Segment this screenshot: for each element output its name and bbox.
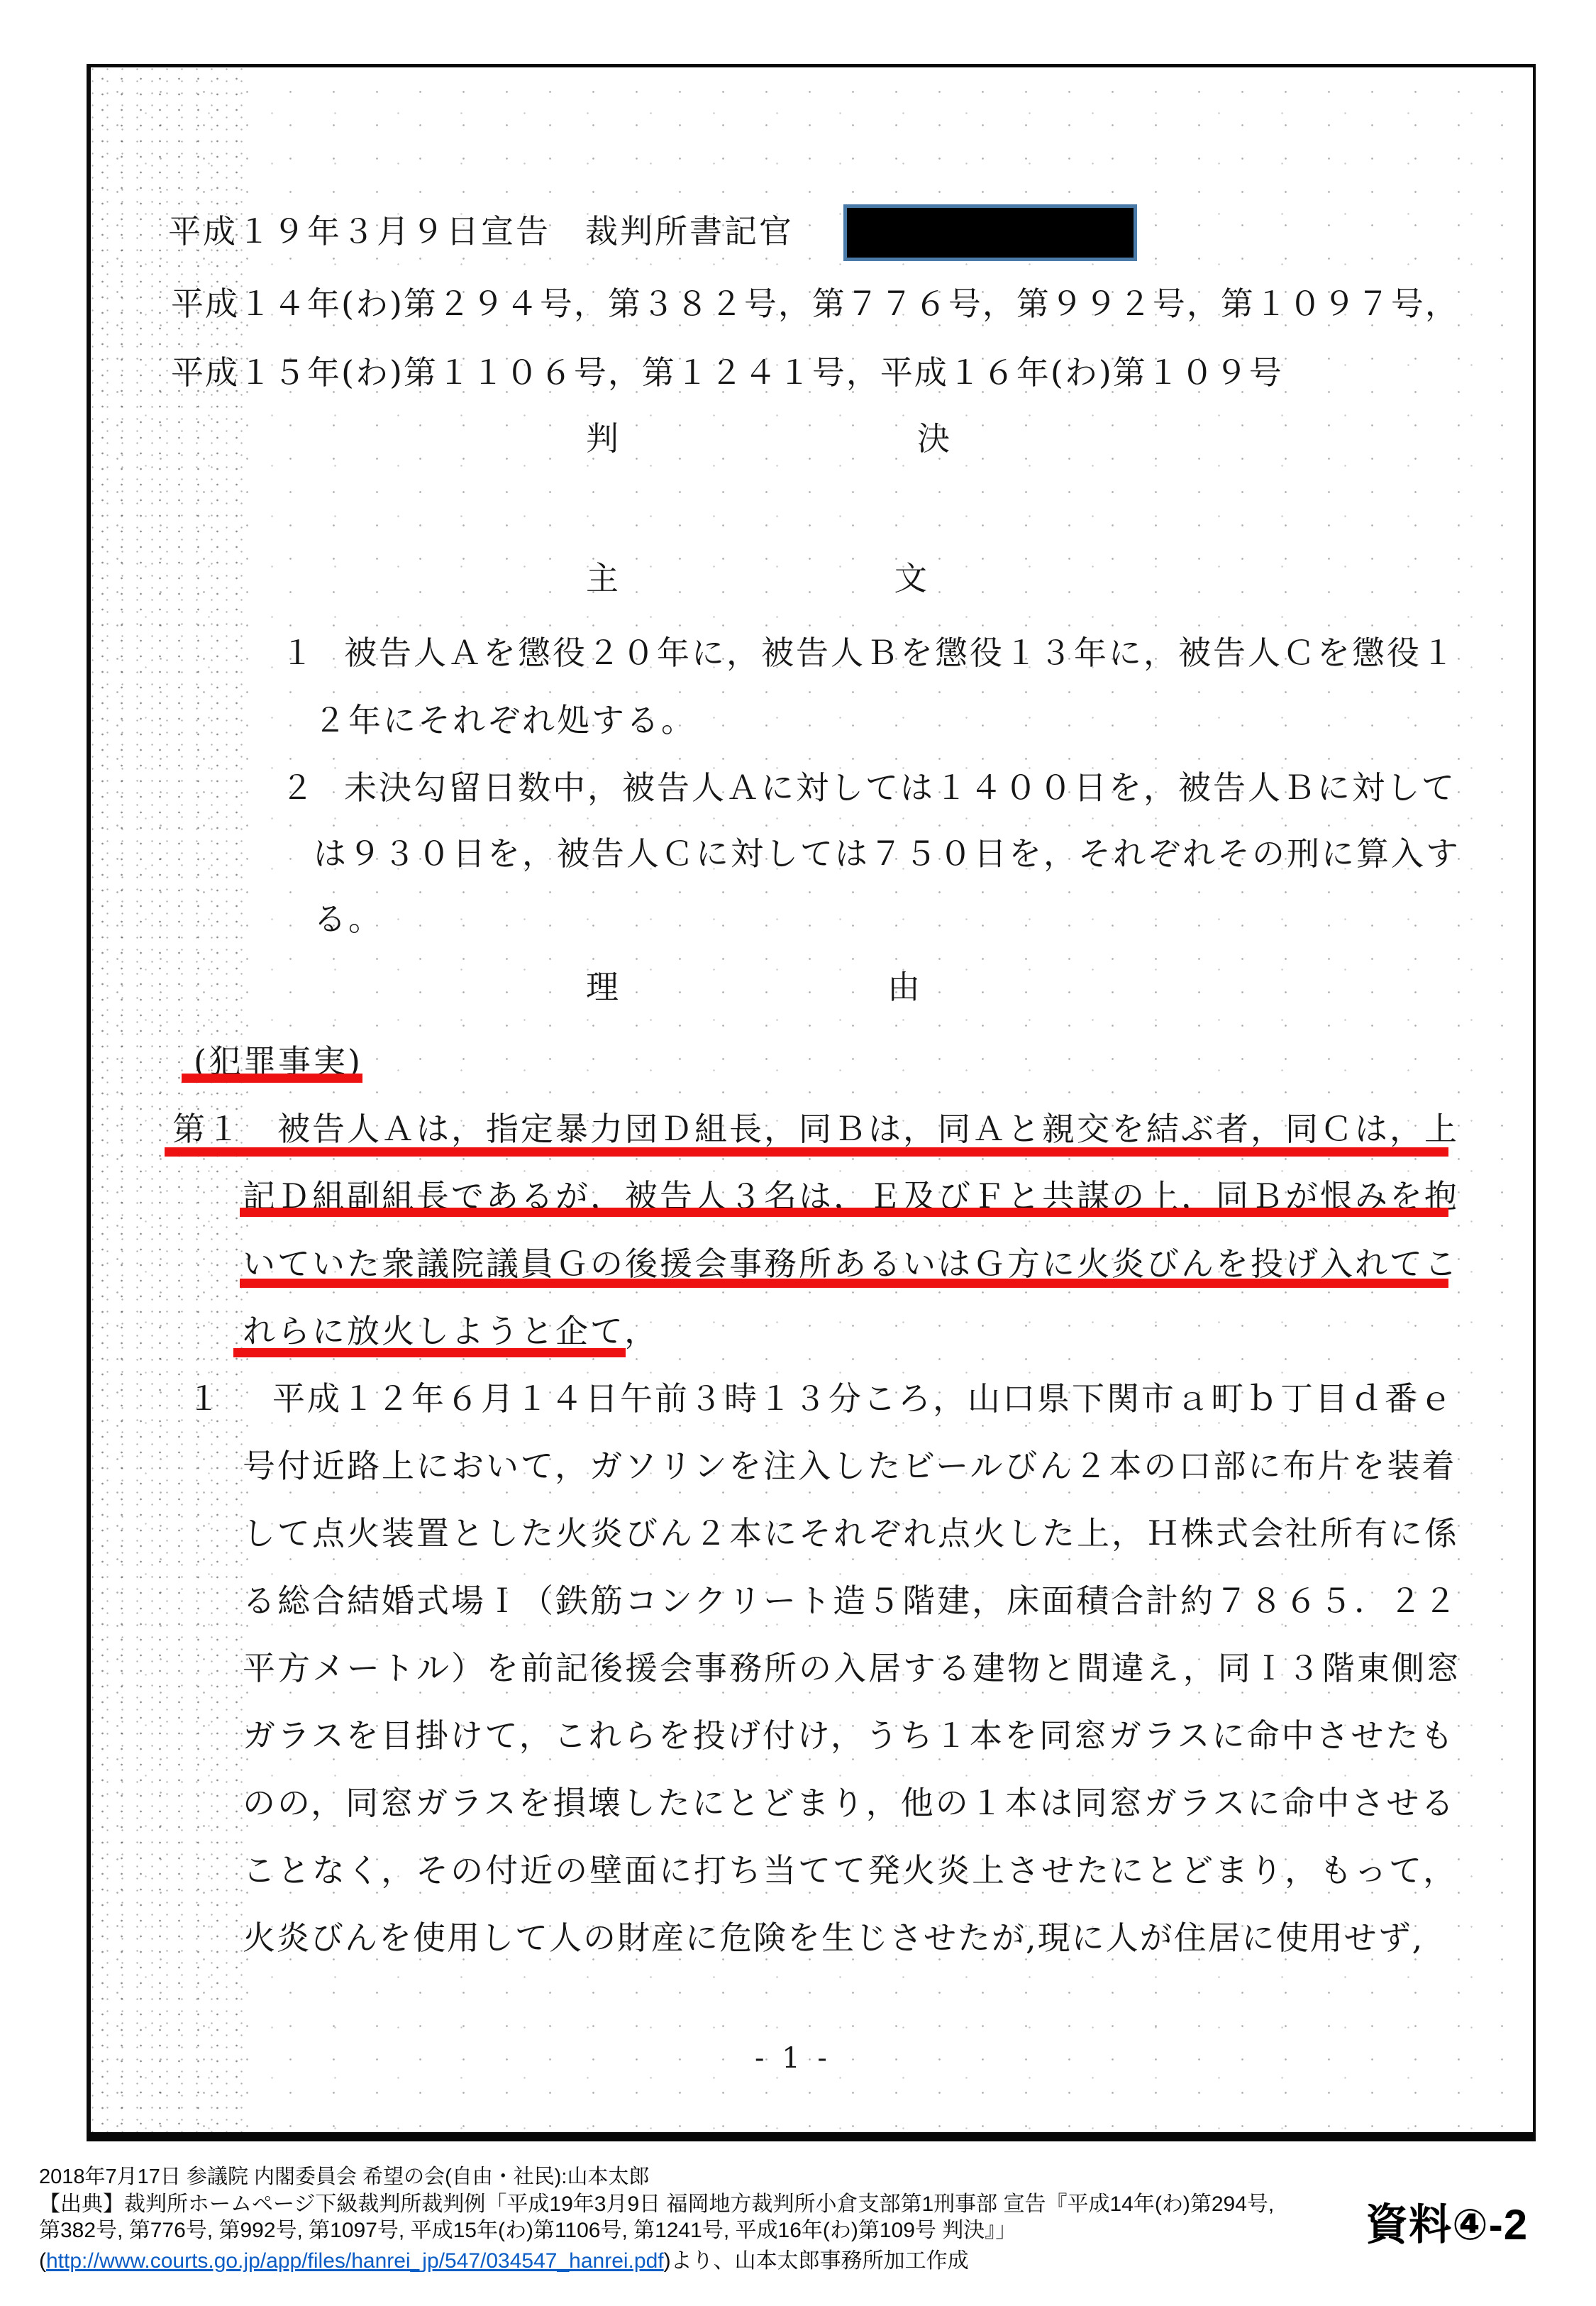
fact1-line8: ことなく，その付近の壁面に打ち当てて発火炎上させたにとどまり，もって， [243,1854,1458,1887]
main-text-heading-char1: 主 [586,562,619,595]
judgment-heading-char1: 判 [586,422,619,455]
footer-source-line-1: 【出典】裁判所ホームページ下級裁判所裁判例「平成19年3月9日 福岡地方裁判所小… [39,2192,1274,2217]
url-close-text: )より、山本太郎事務所加工作成 [664,2249,969,2273]
fact1-line4: る総合結婚式場Ｉ（鉄筋コンクリート造５階建，床面積合計約７８６５．２２ [243,1584,1458,1617]
fact1-line5: 平方メートル）を前記後援会事務所の入居する建物と間違え，同Ｉ３階東側窓 [243,1652,1461,1684]
case-number-line-2: 平成１５年(わ)第１１０６号，第１２４１号，平成１６年(わ)第１０９号 [171,356,1283,389]
shubun-item1-line1: 被告人Ａを懲役２０年に，被告人Ｂを懲役１３年に，被告人Ｃを懲役１ [344,636,1456,669]
judgment-heading-char2: 決 [917,422,950,455]
shubun-item2-line3: る。 [314,903,383,935]
footer-source-line-2: 第382号, 第776号, 第992号, 第1097号, 平成15年(わ)第11… [39,2219,1016,2244]
page: { "colors":{ "annotation_red":"#ee1111",… [0,0,1596,2306]
fact1-line6: ガラスを目掛けて，これらを投げ付け，うち１本を同窓ガラスに命中させたも [243,1719,1455,1752]
shubun-item1-number: １ [281,636,316,669]
fact1-line9: 火炎びんを使用して人の財産に危険を生じさせたが,現に人が住居に使用せず, [243,1921,1424,1954]
reason-heading-char2: 由 [887,971,920,1003]
dai1-line3: いていた衆議院議員Ｇの後援会事務所あるいはＧ方に火炎びんを投げ入れてこ [243,1247,1459,1280]
main-text-heading-char2: 文 [894,562,927,595]
shubun-item1-line2: ２年にそれぞれ処する。 [314,704,696,737]
scanned-judgment-page: 平成１９年３月９日宣告 裁判所書記官 平成１４年(わ)第２９４号，第３８２号，第… [87,64,1536,2141]
fact1-line3: して点火装置とした火炎びん２本にそれぞれ点火した上，Ｈ株式会社所有に係 [243,1517,1459,1550]
reason-heading-char1: 理 [586,971,619,1003]
footer-committee-line: 2018年7月17日 参議院 内閣委員会 希望の会(自由・社民):山本太郎 [39,2166,649,2189]
url-open-paren: ( [39,2249,46,2273]
shubun-item2-number: ２ [281,771,316,804]
red-underline-dai1-line2 [240,1208,1448,1217]
red-underline-dai1-line4 [233,1348,626,1357]
fact1-number: １ [187,1382,222,1415]
fact1-line7: のの，同窓ガラスを損壊したにとどまり，他の１本は同窓ガラスに命中させる [243,1787,1456,1819]
shubun-item2-line1: 未決勾留日数中，被告人Ａに対しては１４００日を，被告人Ｂに対して [344,771,1456,804]
case-number-line-1: 平成１４年(わ)第２９４号，第３８２号，第７７６号，第９９２号，第１０９７号， [171,287,1459,320]
dai1-line1: 被告人Ａは，指定暴力団Ｄ組長，同Ｂは，同Ａと親交を結ぶ者，同Ｃは，上 [277,1113,1459,1145]
red-underline-dai1-line3 [240,1279,1448,1288]
footer-source-line-3: (http://www.courts.go.jp/app/files/hanre… [39,2249,969,2274]
shubun-item2-line2: は９３０日を，被告人Ｃに対しては７５０日を，それぞれその刑に算入す [314,837,1461,870]
dai1-line4: れらに放火しようと企て， [243,1315,659,1347]
page-number: - 1 - [755,2042,831,2075]
fact1-line1: 平成１２年６月１４日午前３時１３分ころ，山口県下関市ａ町ｂ丁目ｄ番ｅ [272,1382,1454,1415]
source-url-link[interactable]: http://www.courts.go.jp/app/files/hanrei… [46,2249,664,2273]
fact1-line2: 号付近路上において，ガソリンを注入したビールびん２本の口部に布片を装着 [243,1450,1456,1482]
redacted-clerk-name-box [843,204,1137,261]
pronouncement-date-line: 平成１９年３月９日宣告 裁判所書記官 [168,215,794,248]
dai1-number: 第１ [172,1113,242,1145]
red-underline-dai1-line1 [165,1147,1448,1157]
material-number-label: 資料④-2 [1365,2191,1550,2252]
red-underline-crime-facts [182,1074,362,1083]
